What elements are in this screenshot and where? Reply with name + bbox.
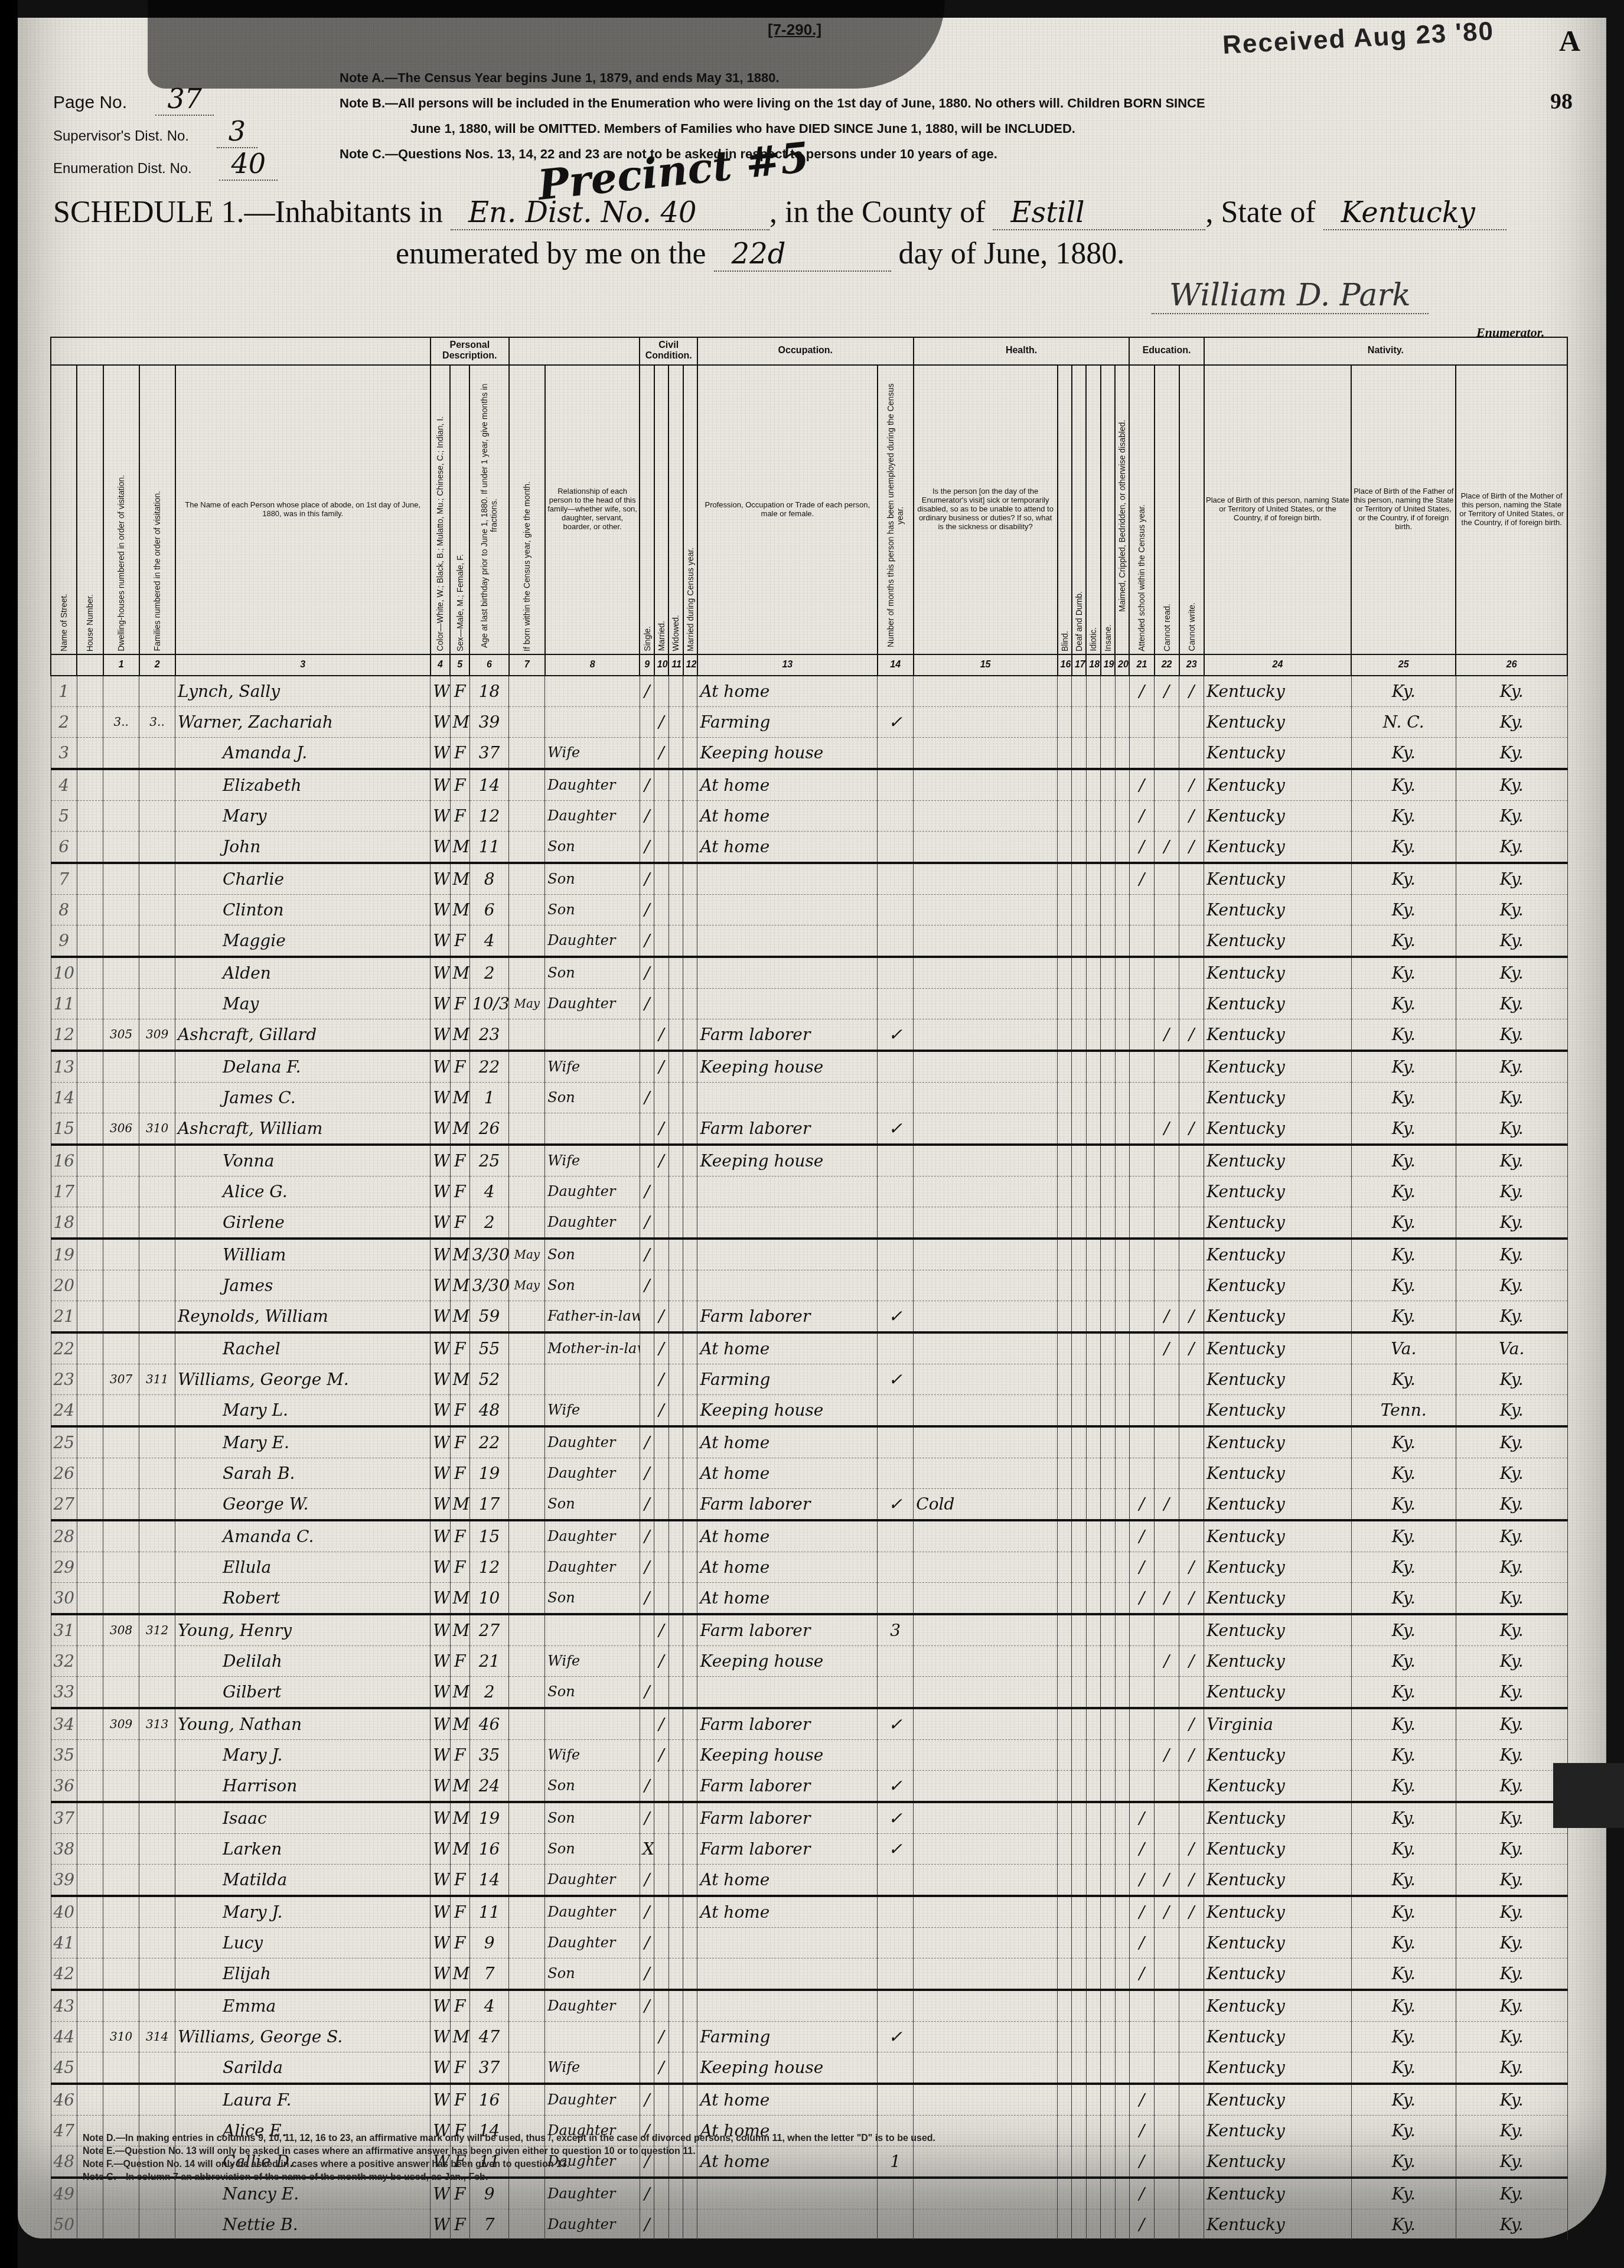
cannot-read-mark [1155, 1927, 1179, 1958]
person-name: Alden [175, 957, 431, 989]
insane-mark [1101, 1958, 1115, 1990]
cannot-write-mark: / [1179, 800, 1204, 831]
person-name: Mary J. [175, 1739, 431, 1770]
months-unemployed: ✓ [878, 706, 914, 737]
blind-mark [1058, 1864, 1072, 1896]
married-census-year-mark [683, 925, 697, 957]
widowed-mark [668, 831, 683, 863]
idiotic-mark [1086, 1520, 1100, 1552]
idiotic-mark [1086, 676, 1100, 707]
column-number-row: 1 2 3 4 5 6 7 8 9 10 11 12 13 14 15 16 1… [51, 654, 1567, 676]
house-number [77, 1082, 103, 1113]
color: W [431, 1896, 450, 1928]
married-census-year-mark [683, 1739, 697, 1770]
birthplace: Kentucky [1204, 831, 1351, 863]
occupation: Keeping house [697, 1145, 878, 1177]
married-census-year-mark [683, 1676, 697, 1708]
relationship [545, 1614, 640, 1646]
house-number [77, 1019, 103, 1051]
birthplace: Kentucky [1204, 1927, 1351, 1958]
relationship: Daughter [545, 2084, 640, 2116]
cannot-write-mark [1179, 1239, 1204, 1270]
age: 35 [469, 1739, 509, 1770]
months-unemployed: ✓ [878, 1708, 914, 1740]
months-unemployed [878, 1739, 914, 1770]
relationship: Daughter [545, 1176, 640, 1207]
header-notes: Note A.—The Census Year begins June 1, 1… [340, 65, 1497, 167]
cannot-write-mark: / [1179, 1864, 1204, 1896]
married-mark [654, 800, 668, 831]
married-mark [654, 1426, 668, 1458]
group-occupation: Occupation. [697, 337, 914, 365]
months-unemployed [878, 894, 914, 925]
enumeration-date-line: enumerated by me on the 22d day of June,… [396, 236, 1124, 272]
birthplace: Kentucky [1204, 800, 1351, 831]
married-mark: / [654, 1708, 668, 1740]
birth-month [509, 2084, 545, 2116]
father-birthplace: Ky. [1351, 1864, 1456, 1896]
disabled-mark [1115, 2209, 1129, 2241]
family-number [139, 988, 175, 1019]
married-census-year-mark [683, 1770, 697, 1802]
color: W [431, 957, 450, 989]
sex: M [450, 1019, 469, 1051]
color: W [431, 1990, 450, 2022]
sickness [914, 1426, 1058, 1458]
disabled-mark [1115, 1270, 1129, 1301]
idiotic-mark [1086, 1739, 1100, 1770]
age: 14 [469, 1864, 509, 1896]
sickness [914, 1739, 1058, 1770]
idiotic-mark [1086, 1708, 1100, 1740]
line-number: 4 [51, 769, 77, 801]
col-12: Married during Census year. [683, 365, 697, 654]
color: W [431, 706, 450, 737]
color: W [431, 2052, 450, 2084]
disabled-mark [1115, 1332, 1129, 1364]
birth-month [509, 1990, 545, 2022]
house-number [77, 1113, 103, 1145]
family-number [139, 1176, 175, 1207]
mother-birthplace: Ky. [1456, 737, 1567, 769]
blind-mark [1058, 1770, 1072, 1802]
occupation [697, 1207, 878, 1239]
school-mark [1129, 1301, 1154, 1332]
single-mark: / [640, 1770, 654, 1802]
school-mark [1129, 1051, 1154, 1083]
idiotic-mark [1086, 2021, 1100, 2052]
dwelling-number [103, 1676, 139, 1708]
deaf-mark [1072, 1113, 1086, 1145]
idiotic-mark [1086, 2178, 1100, 2210]
sex: M [450, 1582, 469, 1614]
disabled-mark [1115, 1394, 1129, 1426]
single-mark: / [640, 1676, 654, 1708]
line-number: 38 [51, 1833, 77, 1864]
line-number: 43 [51, 1990, 77, 2022]
sex: F [450, 676, 469, 707]
blind-mark [1058, 706, 1072, 737]
relationship: Daughter [545, 769, 640, 801]
dwelling-number [103, 988, 139, 1019]
dwelling-number [103, 800, 139, 831]
mother-birthplace: Ky. [1456, 1708, 1567, 1740]
table-row: 31 308 312 Young, Henry W M 27 / Farm la… [51, 1614, 1567, 1646]
deaf-mark [1072, 2021, 1086, 2052]
married-mark [654, 1270, 668, 1301]
table-row: 2 3.. 3.. Warner, Zachariah W M 39 / Far… [51, 706, 1567, 737]
disabled-mark [1115, 1708, 1129, 1740]
family-number [139, 1332, 175, 1364]
family-number [139, 737, 175, 769]
married-census-year-mark [683, 894, 697, 925]
months-unemployed [878, 1520, 914, 1552]
table-row: 38 Larken W M 16 Son X Farm laborer ✓ / … [51, 1833, 1567, 1864]
blind-mark [1058, 1802, 1072, 1834]
insane-mark [1101, 1394, 1115, 1426]
father-birthplace: Tenn. [1351, 1394, 1456, 1426]
insane-mark [1101, 2178, 1115, 2210]
family-number [139, 1488, 175, 1520]
person-name: Delilah [175, 1645, 431, 1676]
table-row: 16 Vonna W F 25 Wife / Keeping house Ken… [51, 1145, 1567, 1177]
months-unemployed: 3 [878, 1614, 914, 1646]
cannot-read-mark: / [1155, 1896, 1179, 1928]
blind-mark [1058, 1676, 1072, 1708]
blind-mark [1058, 769, 1072, 801]
sex: F [450, 1426, 469, 1458]
family-number [139, 1458, 175, 1488]
mother-birthplace: Ky. [1456, 988, 1567, 1019]
single-mark: / [640, 1582, 654, 1614]
sex: F [450, 1332, 469, 1364]
sickness [914, 1958, 1058, 1990]
idiotic-mark [1086, 1770, 1100, 1802]
idiotic-mark [1086, 1458, 1100, 1488]
person-name: Emma [175, 1990, 431, 2022]
form-id: [7-290.] [768, 21, 821, 39]
cannot-read-mark [1155, 1145, 1179, 1177]
married-census-year-mark [683, 676, 697, 707]
sex: M [450, 957, 469, 989]
disabled-mark [1115, 2178, 1129, 2210]
birth-month [509, 2021, 545, 2052]
disabled-mark [1115, 800, 1129, 831]
deaf-mark [1072, 2209, 1086, 2241]
insane-mark [1101, 1270, 1115, 1301]
family-number [139, 1833, 175, 1864]
birth-month [509, 1019, 545, 1051]
supervisor-dist-label: Supervisor's Dist. No. [53, 128, 189, 144]
married-census-year-mark [683, 1520, 697, 1552]
single-mark [640, 1332, 654, 1364]
school-mark [1129, 1270, 1154, 1301]
deaf-mark [1072, 676, 1086, 707]
age: 7 [469, 1958, 509, 1990]
sex: F [450, 988, 469, 1019]
house-number [77, 769, 103, 801]
mother-birthplace: Ky. [1456, 1394, 1567, 1426]
sickness [914, 894, 1058, 925]
birth-month [509, 769, 545, 801]
disabled-mark [1115, 1614, 1129, 1646]
color: W [431, 1552, 450, 1582]
dwelling-number [103, 1332, 139, 1364]
single-mark: / [640, 2209, 654, 2241]
idiotic-mark [1086, 1270, 1100, 1301]
school-mark: / [1129, 863, 1154, 895]
color: W [431, 2084, 450, 2116]
idiotic-mark [1086, 1614, 1100, 1646]
deaf-mark [1072, 737, 1086, 769]
col-24: Place of Birth of this person, naming St… [1204, 365, 1351, 654]
family-number [139, 1145, 175, 1177]
note-b: Note B.—All persons will be included in … [340, 90, 1497, 116]
idiotic-mark [1086, 2115, 1100, 2146]
blind-mark [1058, 1833, 1072, 1864]
day-value: 22d [714, 237, 891, 272]
col-23: Cannot write. [1179, 365, 1204, 654]
line-number: 22 [51, 1332, 77, 1364]
married-census-year-mark [683, 1332, 697, 1364]
idiotic-mark [1086, 1145, 1100, 1177]
census-rows: 1 2 3 4 5 6 7 8 9 10 11 12 13 14 15 16 1… [51, 654, 1567, 2241]
married-mark [654, 988, 668, 1019]
cannot-read-mark [1155, 1270, 1179, 1301]
group-education: Education. [1129, 337, 1204, 365]
sex: F [450, 1176, 469, 1207]
insane-mark [1101, 863, 1115, 895]
widowed-mark [668, 1645, 683, 1676]
blind-mark [1058, 1051, 1072, 1083]
line-number: 15 [51, 1113, 77, 1145]
census-table: Personal Description. Civil Condition. O… [50, 337, 1568, 2242]
insane-mark [1101, 1458, 1115, 1488]
cannot-read-mark: / [1155, 831, 1179, 863]
birthplace: Kentucky [1204, 1864, 1351, 1896]
age: 6 [469, 894, 509, 925]
person-name: John [175, 831, 431, 863]
father-birthplace: Ky. [1351, 1676, 1456, 1708]
sickness [914, 1394, 1058, 1426]
occupation [697, 957, 878, 989]
family-number [139, 1394, 175, 1426]
occupation [697, 1990, 878, 2022]
birth-month [509, 2052, 545, 2084]
house-number [77, 1582, 103, 1614]
idiotic-mark [1086, 737, 1100, 769]
table-row: 26 Sarah B. W F 19 Daughter / At home Ke… [51, 1458, 1567, 1488]
months-unemployed [878, 1927, 914, 1958]
dwelling-number [103, 1552, 139, 1582]
cannot-read-mark: / [1155, 1739, 1179, 1770]
cannot-write-mark [1179, 2021, 1204, 2052]
married-mark: / [654, 1301, 668, 1332]
widowed-mark [668, 1676, 683, 1708]
married-mark: / [654, 1019, 668, 1051]
father-birthplace: Ky. [1351, 2178, 1456, 2210]
father-birthplace: Ky. [1351, 1019, 1456, 1051]
table-row: 9 Maggie W F 4 Daughter / Kentucky Ky. K… [51, 925, 1567, 957]
birthplace: Kentucky [1204, 1770, 1351, 1802]
disabled-mark [1115, 1113, 1129, 1145]
months-unemployed [878, 737, 914, 769]
disabled-mark [1115, 1833, 1129, 1864]
school-mark: / [1129, 676, 1154, 707]
school-mark: / [1129, 2178, 1154, 2210]
deaf-mark [1072, 1458, 1086, 1488]
sex: F [450, 1739, 469, 1770]
enumeration-dist-field: Enumeration Dist. No. 40 [53, 148, 278, 180]
occupation [697, 1676, 878, 1708]
person-name: Ashcraft, Gillard [175, 1019, 431, 1051]
family-number: 310 [139, 1113, 175, 1145]
deaf-mark [1072, 1708, 1086, 1740]
married-census-year-mark [683, 1394, 697, 1426]
birth-month [509, 2209, 545, 2241]
widowed-mark [668, 1864, 683, 1896]
sickness [914, 957, 1058, 989]
mother-birthplace: Ky. [1456, 1176, 1567, 1207]
cannot-write-mark: / [1179, 1739, 1204, 1770]
dwelling-number [103, 1520, 139, 1552]
single-mark: / [640, 1552, 654, 1582]
birthplace: Kentucky [1204, 1426, 1351, 1458]
insane-mark [1101, 2115, 1115, 2146]
mother-birthplace: Ky. [1456, 1458, 1567, 1488]
father-birthplace: Ky. [1351, 676, 1456, 707]
sickness [914, 676, 1058, 707]
cannot-read-mark: / [1155, 1332, 1179, 1364]
col-2: Families numbered in the order of visita… [139, 365, 175, 654]
cannot-write-mark [1179, 925, 1204, 957]
relationship: Daughter [545, 1990, 640, 2022]
married-mark [654, 1520, 668, 1552]
deaf-mark [1072, 831, 1086, 863]
mother-birthplace: Ky. [1456, 2146, 1567, 2178]
line-number: 47 [51, 2115, 77, 2146]
family-number [139, 1645, 175, 1676]
blind-mark [1058, 988, 1072, 1019]
family-number [139, 863, 175, 895]
blind-mark [1058, 1019, 1072, 1051]
birthplace: Kentucky [1204, 1552, 1351, 1582]
idiotic-mark [1086, 706, 1100, 737]
married-census-year-mark [683, 1239, 697, 1270]
state-label: , State of [1205, 195, 1315, 229]
widowed-mark [668, 676, 683, 707]
family-number: 311 [139, 1364, 175, 1394]
occupation: Farm laborer [697, 1019, 878, 1051]
father-birthplace: Ky. [1351, 1270, 1456, 1301]
insane-mark [1101, 1614, 1115, 1646]
birthplace: Kentucky [1204, 1082, 1351, 1113]
color: W [431, 1051, 450, 1083]
family-number [139, 1207, 175, 1239]
col-8: Relationship of each person to the head … [545, 365, 640, 654]
col-5: Sex—Male, M.; Female, F. [450, 365, 469, 654]
age: 4 [469, 925, 509, 957]
deaf-mark [1072, 1896, 1086, 1928]
line-number: 2 [51, 706, 77, 737]
occupation [697, 1239, 878, 1270]
age: 10 [469, 1582, 509, 1614]
deaf-mark [1072, 1301, 1086, 1332]
table-row: 19 William W M 3/30 May Son / Kentucky K… [51, 1239, 1567, 1270]
birthplace: Kentucky [1204, 1676, 1351, 1708]
cannot-write-mark [1179, 1082, 1204, 1113]
mother-birthplace: Ky. [1456, 1364, 1567, 1394]
father-birthplace: Ky. [1351, 1301, 1456, 1332]
single-mark [640, 1301, 654, 1332]
col-15: Is the person [on the day of the Enumera… [914, 365, 1058, 654]
dwelling-number [103, 1301, 139, 1332]
deaf-mark [1072, 1051, 1086, 1083]
sickness [914, 1332, 1058, 1364]
disabled-mark [1115, 863, 1129, 895]
relationship [545, 706, 640, 737]
birthplace: Kentucky [1204, 2052, 1351, 2084]
widowed-mark [668, 800, 683, 831]
color: W [431, 2209, 450, 2241]
birth-month: May [509, 1239, 545, 1270]
married-census-year-mark [683, 1364, 697, 1394]
color: W [431, 1082, 450, 1113]
widowed-mark [668, 1239, 683, 1270]
occupation: Keeping house [697, 737, 878, 769]
family-number [139, 1082, 175, 1113]
insane-mark [1101, 1019, 1115, 1051]
cannot-write-mark [1179, 1676, 1204, 1708]
birth-month: May [509, 1270, 545, 1301]
family-number [139, 1426, 175, 1458]
single-mark [640, 706, 654, 737]
single-mark [640, 1708, 654, 1740]
sickness [914, 988, 1058, 1019]
occupation [697, 1958, 878, 1990]
line-number: 30 [51, 1582, 77, 1614]
person-name: Isaac [175, 1802, 431, 1834]
married-census-year-mark [683, 1614, 697, 1646]
house-number [77, 737, 103, 769]
occupation: At home [697, 1552, 878, 1582]
school-mark [1129, 1239, 1154, 1270]
idiotic-mark [1086, 1239, 1100, 1270]
deaf-mark [1072, 1645, 1086, 1676]
insane-mark [1101, 737, 1115, 769]
school-mark: / [1129, 1802, 1154, 1834]
deaf-mark [1072, 1488, 1086, 1520]
cannot-read-mark [1155, 1520, 1179, 1552]
color: W [431, 894, 450, 925]
insane-mark [1101, 1676, 1115, 1708]
widowed-mark [668, 1802, 683, 1834]
birth-month [509, 831, 545, 863]
widowed-mark [668, 1833, 683, 1864]
father-birthplace: Ky. [1351, 769, 1456, 801]
cannot-read-mark [1155, 2209, 1179, 2241]
person-name: Robert [175, 1582, 431, 1614]
cannot-write-mark: / [1179, 1019, 1204, 1051]
cannot-read-mark [1155, 800, 1179, 831]
disabled-mark [1115, 1676, 1129, 1708]
col-14: Number of months this person has been un… [878, 365, 914, 654]
blind-mark [1058, 1708, 1072, 1740]
note-d: Note D.—In making entries in columns 9, … [83, 2132, 935, 2145]
blind-mark [1058, 894, 1072, 925]
age: 2 [469, 1676, 509, 1708]
group-civil: Civil Condition. [640, 337, 697, 365]
